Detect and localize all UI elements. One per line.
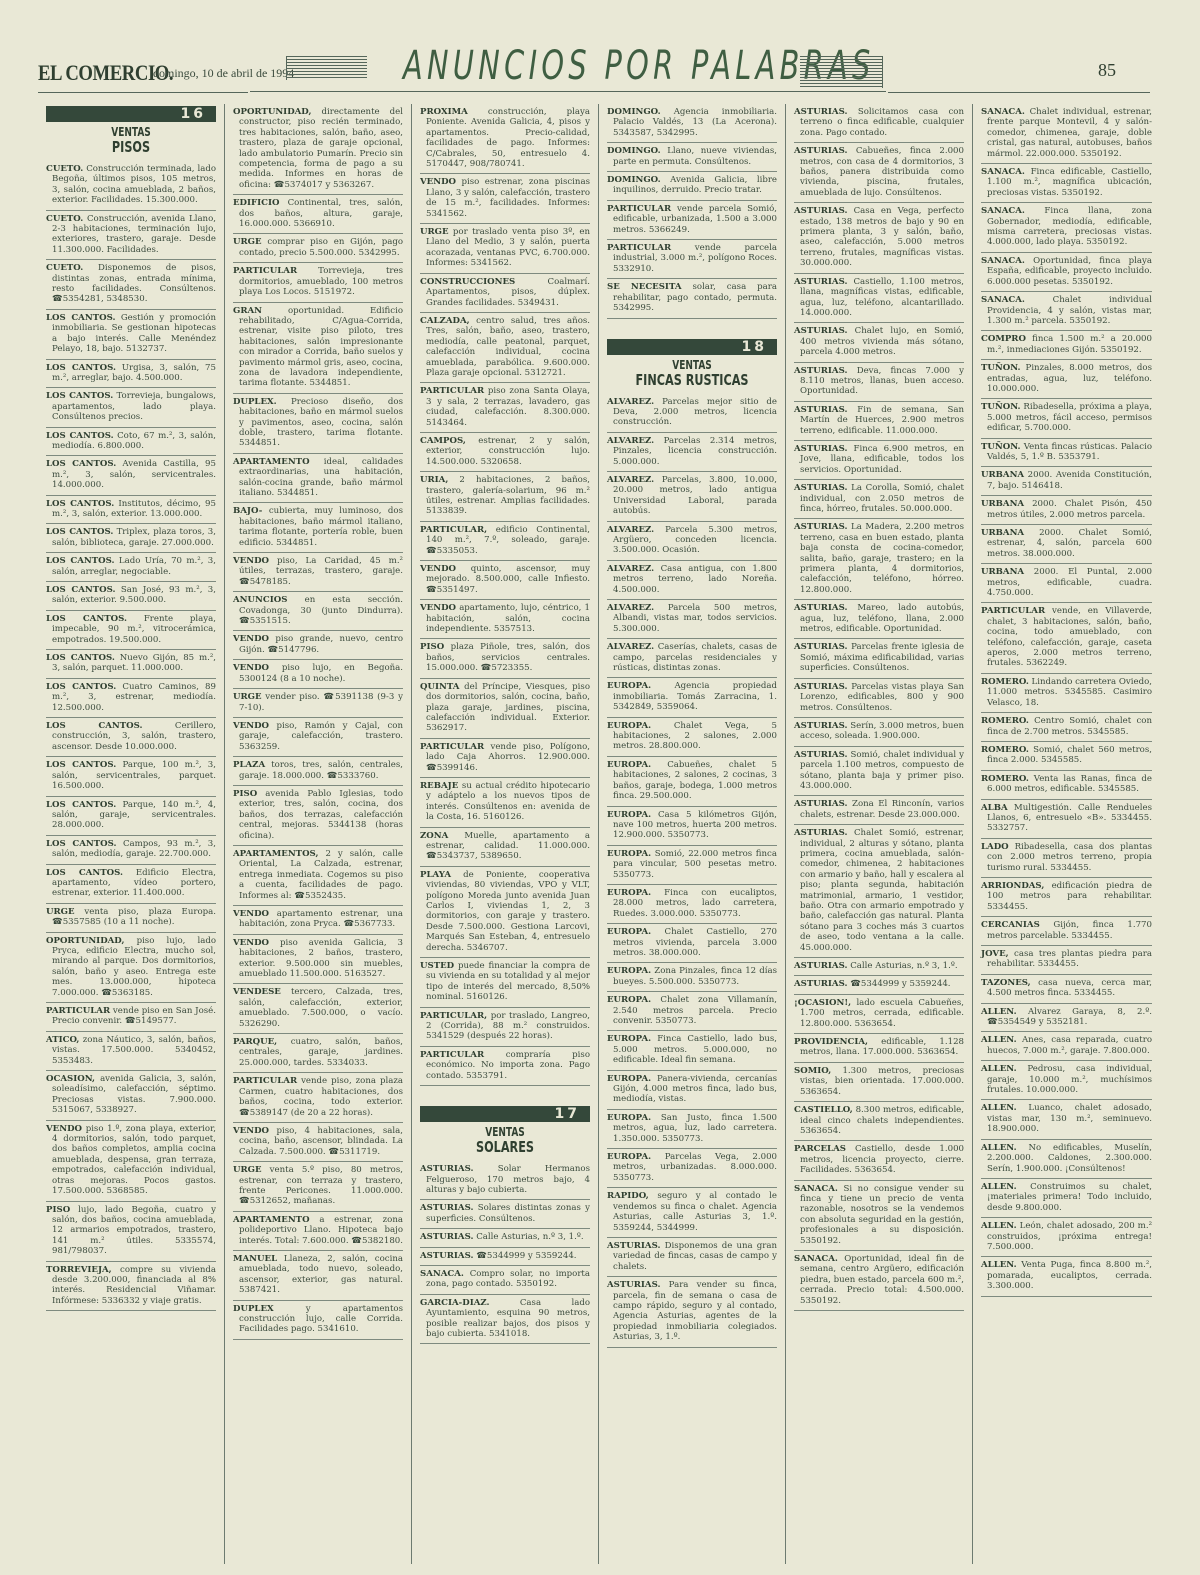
classified-ad: DOMINGO. Llano, nueve viviendas, parte e… xyxy=(607,143,777,172)
ad-keyword: DOMINGO. xyxy=(607,146,661,156)
ad-keyword: SE NECESITA xyxy=(607,282,682,292)
classified-ad: ASTURIAS. Chalet Somió, estrenar, indivi… xyxy=(794,825,964,958)
classified-ad: ROMERO. Centro Somió, chalet con finca d… xyxy=(981,713,1152,742)
classified-ad: EUROPA. Panera-vivienda, cercanías Gijón… xyxy=(607,1071,777,1110)
page-header: EL COMERCIO. domingo, 10 de abril de 199… xyxy=(38,40,1158,100)
classified-ad: PARTICULAR vende parcela Somió, edificab… xyxy=(607,201,777,240)
classified-ad: TUÑON. Venta fincas rústicas. Palacio Va… xyxy=(981,439,1152,468)
ad-keyword: ASTURIAS. xyxy=(420,1232,473,1242)
column-6: SANACA. Chalet individual, estrenar, fre… xyxy=(973,104,1160,1564)
ad-keyword: ASTURIAS. xyxy=(794,828,847,838)
classified-ad: EUROPA. Chalet Vega, 5 habitaciones, 2 s… xyxy=(607,718,777,757)
classified-ad: LOS CANTOS. Avenida Castilla, 95 m.², 3,… xyxy=(46,456,216,495)
classified-ad: ASTURIAS. Casa en Vega, perfecto estado,… xyxy=(794,203,964,273)
classified-ad: ASTURIAS. Calle Asturias, n.º 3, 1.º. xyxy=(794,958,964,976)
classified-ad: LOS CANTOS. San José, 93 m.², 3, salón, … xyxy=(46,582,216,611)
ad-keyword: LADO xyxy=(981,842,1009,852)
ad-keyword: URGE xyxy=(46,907,75,917)
classified-ad: PROVIDENCIA, edificable, 1.128 metros, l… xyxy=(794,1034,964,1063)
ad-keyword: ASTURIAS. xyxy=(420,1251,473,1261)
classified-ad: PISO lujo, lado Begoña, cuatro y salón, … xyxy=(46,1202,216,1262)
ad-keyword: ASTURIAS. xyxy=(794,107,847,117)
classified-ad: ASTURIAS. Chalet lujo, en Somió, 400 met… xyxy=(794,323,964,362)
classified-ad: SANACA. Compro solar, no importa zona, p… xyxy=(420,1266,590,1295)
ad-keyword: PARTICULAR, xyxy=(420,1011,487,1021)
classified-ad: SANACA. Finca llana, zona Gobernador, me… xyxy=(981,203,1152,253)
classified-ad: ATICO, zona Náutico, 3, salón, baños, vi… xyxy=(46,1032,216,1071)
ad-keyword: ASTURIAS. xyxy=(794,206,847,216)
classified-ad: EUROPA. Somió, 22.000 metros finca para … xyxy=(607,846,777,885)
classified-ad: ASTURIAS. Calle Asturias, n.º 3, 1.º. xyxy=(420,1229,590,1247)
classified-ad: TUÑON. Pinzales, 8.000 metros, dos entra… xyxy=(981,360,1152,399)
divider xyxy=(888,92,1150,93)
column-4: DOMINGO. Agencia inmobiliaria. Palacio V… xyxy=(599,104,786,1564)
ad-keyword: VENDO xyxy=(420,564,456,574)
ad-keyword: SOMIO, xyxy=(794,1066,831,1076)
ad-text: Muelle, apartamento a estrenar, calidad.… xyxy=(426,831,590,862)
section-number: 18 xyxy=(742,339,767,355)
ad-keyword: USTED xyxy=(420,961,454,971)
ad-keyword: ASTURIAS. xyxy=(794,721,847,731)
ad-keyword: ASTURIAS. xyxy=(607,1280,660,1290)
classified-ad: GRAN oportunidad. Edificio rehabilitado,… xyxy=(233,303,403,394)
ad-keyword: COMPRO xyxy=(981,334,1026,344)
classified-ad: URGE por traslado venta piso 3º, en Llan… xyxy=(420,224,590,274)
ad-text: 2 habitaciones, 2 baños, trastero, galer… xyxy=(426,475,590,516)
classified-ad: LOS CANTOS. Lado Uría, 70 m.², 3, salón,… xyxy=(46,553,216,582)
ad-keyword: EUROPA. xyxy=(607,721,651,731)
classified-ad: ALVAREZ. Caserías, chalets, casas de cam… xyxy=(607,639,777,678)
ad-keyword: LOS CANTOS. xyxy=(46,391,113,401)
ad-keyword: ALVAREZ. xyxy=(607,475,654,485)
classified-ad: LOS CANTOS. Torrevieja, bungalows, apart… xyxy=(46,388,216,427)
classified-ad: USTED puede financiar la compra de su vi… xyxy=(420,958,590,1008)
classified-ad: URGE vender piso. ☎5391138 (9-3 y 7-10). xyxy=(233,689,403,718)
classified-ad: ASTURIAS. Finca 6.900 metros, en Jove, l… xyxy=(794,441,964,480)
classified-ad: LADO Ribadesella, casa dos plantas con 2… xyxy=(981,839,1152,878)
classified-ad: OPORTUNIDAD, piso lujo, lado Pryca, edif… xyxy=(46,933,216,1003)
classified-ad: REBAJE su actual crédito hipotecario y a… xyxy=(420,778,590,828)
classified-ad: VENDO piso lujo, en Begoña. 5300124 (8 a… xyxy=(233,660,403,689)
ad-text: venta piso, plaza Europa. ☎5357585 (10 a… xyxy=(52,907,216,927)
ad-list: PROXIMA construcción, playa Poniente. Av… xyxy=(420,104,590,1086)
classified-ad: URBANA 2000. Chalet Somió, estrenar, 4, … xyxy=(981,525,1152,564)
ad-keyword: EUROPA. xyxy=(607,927,651,937)
ad-text: Calle Asturias, n.º 3, 1.º. xyxy=(476,1232,583,1242)
ad-keyword: VENDO xyxy=(233,909,269,919)
classified-ad: ROMERO. Lindando carretera Oviedo, 11.00… xyxy=(981,674,1152,713)
ad-keyword: VENDO xyxy=(233,556,269,566)
ad-keyword: VENDO xyxy=(233,663,269,673)
ad-keyword: SANACA. xyxy=(794,1254,838,1264)
ad-keyword: LOS CANTOS. xyxy=(46,868,123,878)
classified-ad: PARTICULAR, edificio Continental, 140 m.… xyxy=(420,522,590,561)
ad-keyword: ALLEN. xyxy=(981,1007,1017,1017)
ad-keyword: ASTURIAS. xyxy=(420,1164,473,1174)
classified-ad: ASTURIAS. ☎5344999 y 5359244. xyxy=(420,1248,590,1266)
classified-ad: JOVE, casa tres plantas piedra para reha… xyxy=(981,946,1152,975)
ad-keyword: VENDESE xyxy=(233,987,281,997)
ad-text: casa tres plantas piedra para rehabilita… xyxy=(987,949,1152,969)
ad-keyword: MANUEL xyxy=(233,1254,277,1264)
classified-ad: CERCANIAS Gijón, finca 1.770 metros parc… xyxy=(981,917,1152,946)
classified-ad: EUROPA. Chalet zona Villamanín, 2.540 me… xyxy=(607,992,777,1031)
classified-ad: ASTURIAS. Zona El Rinconín, varios chale… xyxy=(794,796,964,825)
classified-ad: PARTICULAR, por traslado, Langreo, 2 (Co… xyxy=(420,1008,590,1047)
classified-ad: PARCELAS Castiello, desde 1.000 metros, … xyxy=(794,1141,964,1180)
classified-ad: ALLEN. Construimos su chalet, ¡materiale… xyxy=(981,1179,1152,1218)
section-heading: VENTAS SOLARES xyxy=(441,1126,569,1155)
classified-ad: DUPLEX. Precioso diseño, dos habitacione… xyxy=(233,394,403,454)
classified-ad: QUINTA del Príncipe, Viesques, piso dos … xyxy=(420,679,590,739)
ad-keyword: DOMINGO. xyxy=(607,107,661,117)
classified-ad: ALBA Multigestión. Calle Rendueles Llano… xyxy=(981,800,1152,839)
ad-keyword: PLAZA xyxy=(233,760,265,770)
ad-keyword: ASTURIAS. xyxy=(794,326,847,336)
classified-ad: ASTURIAS. Solicitamos casa con terreno o… xyxy=(794,104,964,143)
ad-keyword: SANACA. xyxy=(420,1269,464,1279)
classified-ad: SANACA. Chalet individual, estrenar, fre… xyxy=(981,104,1152,164)
ad-keyword: ASTURIAS. xyxy=(794,979,847,989)
classified-ad: VENDO piso, La Caridad, 45 m.² útiles, t… xyxy=(233,553,403,592)
ad-keyword: LOS CANTOS. xyxy=(46,614,127,624)
classified-ad: CUETO. Construcción terminada, lado Bego… xyxy=(46,161,216,211)
classified-ad: ALVAREZ. Parcelas mejor sitio de Deva, 2… xyxy=(607,394,777,433)
ad-keyword: TUÑON. xyxy=(981,402,1021,412)
ad-text: centro salud, tres años. Tres, salón, ba… xyxy=(426,316,590,378)
ad-keyword: PARTICULAR xyxy=(420,386,484,396)
classifieds-columns: 16 VENTAS PISOS CUETO. Construcción term… xyxy=(38,104,1162,1564)
divider xyxy=(38,92,248,93)
classified-ad: ROMERO. Venta las Ranas, finca de 6.000 … xyxy=(981,771,1152,800)
ad-keyword: OCASION, xyxy=(46,1074,95,1084)
column-5: ASTURIAS. Solicitamos casa con terreno o… xyxy=(786,104,973,1564)
ad-keyword: REBAJE xyxy=(420,781,458,791)
classified-ad: ASTURIAS. Solar Hermanos Felgueroso, 170… xyxy=(420,1161,590,1200)
ad-keyword: ZONA xyxy=(420,831,448,841)
ad-list: DOMINGO. Agencia inmobiliaria. Palacio V… xyxy=(607,104,777,319)
classified-ad: APARTAMENTOS, 2 y salón, calle Oriental,… xyxy=(233,846,403,906)
ad-keyword: ¡OCASION!, xyxy=(794,998,851,1008)
ad-keyword: ASTURIAS. xyxy=(794,366,847,376)
section-heading: VENTAS PISOS xyxy=(67,126,195,155)
ad-keyword: PARTICULAR xyxy=(420,1050,484,1060)
ad-keyword: PROXIMA xyxy=(420,107,468,117)
ad-keyword: ASTURIAS. xyxy=(794,961,847,971)
ad-keyword: CERCANIAS xyxy=(981,920,1040,930)
classified-ad: EUROPA. Cabueñes, chalet 5 habitaciones,… xyxy=(607,757,777,807)
ad-keyword: TUÑON. xyxy=(981,363,1021,373)
ad-keyword: CAMPOS, xyxy=(420,436,466,446)
ad-keyword: ALVAREZ. xyxy=(607,525,654,535)
classified-ad: ASTURIAS. Deva, fincas 7.000 y 8.110 met… xyxy=(794,363,964,402)
ad-keyword: ROMERO. xyxy=(981,716,1029,726)
classified-ad: ROMERO. Somió, chalet 560 metros, finca … xyxy=(981,742,1152,771)
classified-ad: ALVAREZ. Parcela 5.300 metros, Argüero, … xyxy=(607,522,777,561)
classified-ad: LOS CANTOS. Coto, 67 m.², 3, salón, medi… xyxy=(46,428,216,457)
ad-keyword: ANUNCIOS xyxy=(233,595,287,605)
ad-keyword: PARCELAS xyxy=(794,1144,846,1154)
classified-ad: CAMPOS, estrenar, 2 y salón, exterior, c… xyxy=(420,433,590,472)
ad-keyword: LOS CANTOS. xyxy=(46,839,117,849)
classified-ad: ASTURIAS. La Madera, 2.200 metros terren… xyxy=(794,519,964,600)
ad-text: piso 1.º, zona playa, exterior, 4 dormit… xyxy=(52,1124,216,1196)
classified-ad: ALLEN. Anes, casa reparada, cuatro hueco… xyxy=(981,1032,1152,1061)
classified-ad: PARQUE, cuatro, salón, baños, centrales,… xyxy=(233,1034,403,1073)
classified-ad: SOMIO, 1.300 metros, preciosas vistas, b… xyxy=(794,1063,964,1102)
ad-text: lujo, lado Begoña, cuatro y salón, dos b… xyxy=(52,1205,216,1257)
ad-keyword: LOS CANTOS. xyxy=(46,682,116,692)
ad-keyword: DOMINGO. xyxy=(607,175,661,185)
ad-keyword: SANACA. xyxy=(981,295,1025,305)
classified-ad: PARTICULAR vende, en Villaverde, chalet,… xyxy=(981,603,1152,673)
classified-ad: ALLEN. Luanco, chalet adosado, vistas ma… xyxy=(981,1100,1152,1139)
classified-ad: ASTURIAS. ☎5344999 y 5359244. xyxy=(794,976,964,994)
classified-ad: ALVAREZ. Casa antigua, con 1.800 metros … xyxy=(607,561,777,600)
classified-ad: LOS CANTOS. Gestión y promoción inmobili… xyxy=(46,310,216,360)
ad-keyword: LOS CANTOS. xyxy=(46,800,116,810)
ad-keyword: LOS CANTOS. xyxy=(46,585,116,595)
ad-keyword: EDIFICIO xyxy=(233,198,280,208)
classified-ad: ALLEN. Pedrosu, casa individual, garaje,… xyxy=(981,1061,1152,1100)
classified-ad: SANACA. Si no consigue vender su finca y… xyxy=(794,1181,964,1251)
classified-ad: EDIFICIO Continental, tres, salón, dos b… xyxy=(233,195,403,234)
classified-ad: ASTURIAS. Cabueñes, finca 2.000 metros, … xyxy=(794,143,964,203)
ad-keyword: ALVAREZ. xyxy=(607,603,654,613)
classified-ad: ALVAREZ. Parcelas 2.314 metros, Pinzales… xyxy=(607,433,777,472)
ad-keyword: URBANA xyxy=(981,499,1024,509)
ad-keyword: ROMERO. xyxy=(981,677,1029,687)
ad-keyword: URBANA xyxy=(981,470,1024,480)
ad-keyword: LOS CANTOS. xyxy=(46,363,116,373)
classified-ad: VENDO apartamento, lujo, céntrico, 1 hab… xyxy=(420,600,590,639)
classified-ad: URBANA 2000. El Puntal, 2.000 metros, ed… xyxy=(981,564,1152,603)
classified-ad: EUROPA. Parcelas Vega, 2.000 metros, urb… xyxy=(607,1149,777,1188)
ad-keyword: VENDO xyxy=(233,721,269,731)
classified-ad: TAZONES, casa nueva, cerca mar, 4.500 me… xyxy=(981,975,1152,1004)
ad-keyword: SANACA. xyxy=(794,1184,838,1194)
ad-text: ☎5344999 y 5359244. xyxy=(850,979,950,989)
classified-ad: APARTAMENTO ideal, calidades extraordina… xyxy=(233,454,403,504)
ad-keyword: ASTURIAS. xyxy=(794,642,847,652)
classified-ad: EUROPA. Chalet Castiello, 270 metros viv… xyxy=(607,924,777,963)
classified-ad: PISO plaza Piñole, tres, salón, dos baño… xyxy=(420,639,590,678)
classified-ad: PISO avenida Pablo Iglesias, todo exteri… xyxy=(233,786,403,846)
ad-keyword: ALLEN. xyxy=(981,1221,1017,1231)
classified-ad: EUROPA. San Justo, finca 1.500 metros, a… xyxy=(607,1110,777,1149)
ad-keyword: VENDO xyxy=(420,603,456,613)
ad-keyword: OPORTUNIDAD, xyxy=(46,936,124,946)
ad-keyword: GRAN xyxy=(233,306,262,316)
classified-ad: VENDO piso estrenar, zona piscinas Llano… xyxy=(420,174,590,224)
ad-list: ASTURIAS. Solicitamos casa con terreno o… xyxy=(794,104,964,1311)
ad-text: Multigestión. Calle Rendueles Llanos, 6,… xyxy=(987,803,1152,834)
ad-text: Ribadesella, casa dos plantas con 2.000 … xyxy=(987,842,1152,873)
ad-keyword: CASTIELLO, xyxy=(794,1105,853,1115)
ad-keyword: ALLEN. xyxy=(981,1182,1017,1192)
ad-keyword: APARTAMENTO xyxy=(233,457,310,467)
classified-ad: LOS CANTOS. Campos, 93 m.², 3, salón, me… xyxy=(46,836,216,865)
ad-keyword: PROVIDENCIA, xyxy=(794,1037,868,1047)
ad-keyword: LOS CANTOS. xyxy=(46,313,115,323)
classified-ad: OCASION, avenida Galicia, 3, salón, sole… xyxy=(46,1071,216,1121)
classified-ad: CUETO. Construcción, avenida Llano, 2-3 … xyxy=(46,211,216,261)
ad-text: plaza Piñole, tres, salón, dos baños, se… xyxy=(426,642,590,673)
ad-keyword: ASTURIAS. xyxy=(794,483,847,493)
classified-ad: LOS CANTOS. Triplex, plaza toros, 3, sal… xyxy=(46,524,216,553)
ad-keyword: PARQUE, xyxy=(233,1037,277,1047)
ad-keyword: SANACA. xyxy=(981,206,1025,216)
section-heading: VENTAS FINCAS RUSTICAS xyxy=(628,359,756,388)
classified-ad: URGE venta piso, plaza Europa. ☎5357585 … xyxy=(46,904,216,933)
ad-keyword: ASTURIAS. xyxy=(607,1241,660,1251)
classified-ad: SANACA. Oportunidad, ideal fin de semana… xyxy=(794,1251,964,1311)
ad-keyword: PISO xyxy=(46,1205,70,1215)
section-number: 16 xyxy=(181,106,206,122)
ad-keyword: ASTURIAS. xyxy=(794,799,847,809)
classified-ad: VENDO piso 1.º, zona playa, exterior, 4 … xyxy=(46,1121,216,1202)
ad-keyword: ASTURIAS. xyxy=(794,522,847,532)
ad-keyword: ALVAREZ. xyxy=(607,564,654,574)
ad-keyword: ROMERO. xyxy=(981,774,1029,784)
classified-ad: LOS CANTOS. Parque, 140 m.², 4, salón, g… xyxy=(46,797,216,836)
ad-text: Calle Asturias, n.º 3, 1.º. xyxy=(850,961,957,971)
ad-keyword: PISO xyxy=(233,789,257,799)
classified-ad: EUROPA. Zona Pinzales, finca 12 días bue… xyxy=(607,963,777,992)
classified-ad: ASTURIAS. La Corolla, Somió, chalet indi… xyxy=(794,480,964,519)
classified-ad: LOS CANTOS. Urgisa, 3, salón, 75 m.², ar… xyxy=(46,360,216,389)
ad-keyword: URGE xyxy=(420,227,449,237)
classified-ad: ALLEN. No edificables, Muselín, 2.200.00… xyxy=(981,1140,1152,1179)
classified-ad: ASTURIAS. Fin de semana, San Martín de H… xyxy=(794,402,964,441)
classified-ad: EUROPA. Casa 5 kilómetros Gijón, nave 10… xyxy=(607,807,777,846)
ad-keyword: LOS CANTOS. xyxy=(46,431,114,441)
ad-text: directamente del constructor, piso recié… xyxy=(239,107,403,190)
classified-ad: VENDO piso grande, nuevo, centro Gijón. … xyxy=(233,631,403,660)
classified-ad: CALZADA, centro salud, tres años. Tres, … xyxy=(420,313,590,383)
column-2: OPORTUNIDAD, directamente del constructo… xyxy=(225,104,412,1564)
classified-ad: EUROPA. Finca con eucaliptos, 28.000 met… xyxy=(607,885,777,924)
ad-keyword: ASTURIAS. xyxy=(794,277,847,287)
ad-keyword: RAPIDO, xyxy=(607,1191,649,1201)
decorative-lines xyxy=(286,56,367,80)
classified-ad: ZONA Muelle, apartamento a estrenar, cal… xyxy=(420,828,590,867)
classified-ad: RAPIDO, seguro y al contado le vendemos … xyxy=(607,1188,777,1238)
ad-keyword: APARTAMENTO xyxy=(233,1215,310,1225)
ad-keyword: LOS CANTOS. xyxy=(46,721,143,731)
ad-keyword: SANACA. xyxy=(981,167,1025,177)
ad-keyword: EUROPA. xyxy=(607,966,651,976)
ad-keyword: ALVAREZ. xyxy=(607,397,654,407)
ad-keyword: EUROPA. xyxy=(607,1152,651,1162)
ad-keyword: VENDO xyxy=(233,634,269,644)
ad-keyword: ALLEN. xyxy=(981,1143,1017,1153)
classified-ad: ASTURIAS. Castiello, 1.100 metros, llana… xyxy=(794,274,964,324)
classified-ad: PLAYA de Poniente, cooperativa viviendas… xyxy=(420,867,590,958)
ad-keyword: PLAYA xyxy=(420,870,451,880)
ad-keyword: CONSTRUCCIONES xyxy=(420,277,515,287)
classified-ad: VENDO quinto, ascensor, muy mejorado. 8.… xyxy=(420,561,590,600)
ad-keyword: VENDO xyxy=(233,1126,269,1136)
classified-ad: VENDO piso avenida Galicia, 3 habitacion… xyxy=(233,935,403,985)
column-1: 16 VENTAS PISOS CUETO. Construcción term… xyxy=(38,104,225,1564)
classified-ad: LOS CANTOS. Cuatro Caminos, 89 m.², 3, e… xyxy=(46,679,216,718)
classified-ad: PARTICULAR piso zona Santa Olaya, 3 y sa… xyxy=(420,383,590,433)
ad-keyword: VENDO xyxy=(420,177,456,187)
ad-keyword: PARTICULAR xyxy=(233,266,297,276)
classified-ad: TUÑON. Ribadesella, próxima a playa, 5.0… xyxy=(981,399,1152,438)
classified-ad: PARTICULAR compraría piso económico. No … xyxy=(420,1047,590,1086)
classified-ad: ASTURIAS. Somió, chalet individual y par… xyxy=(794,747,964,797)
ad-list: CUETO. Construcción terminada, lado Bego… xyxy=(46,161,216,1311)
ad-text: de Poniente, cooperativa viviendas, 80 v… xyxy=(426,870,590,953)
ad-keyword: TORREVIEJA, xyxy=(46,1265,112,1275)
ad-keyword: PARTICULAR xyxy=(607,243,671,253)
ad-keyword: EUROPA. xyxy=(607,888,651,898)
classified-ad: LOS CANTOS. Nuevo Gijón, 85 m.², 3, saló… xyxy=(46,650,216,679)
classified-ad: ALLEN. Alvarez Garaya, 8, 2.º. ☎5354549 … xyxy=(981,1004,1152,1033)
ad-list: SANACA. Chalet individual, estrenar, fre… xyxy=(981,104,1152,1297)
ad-text: vender piso. ☎5391138 (9-3 y 7-10). xyxy=(239,692,403,712)
ad-text: La Madera, 2.200 metros terreno, casa en… xyxy=(800,522,964,594)
column-3: PROXIMA construcción, playa Poniente. Av… xyxy=(412,104,599,1564)
ad-list: OPORTUNIDAD, directamente del constructo… xyxy=(233,104,403,1340)
section-number: 17 xyxy=(555,1106,580,1122)
ad-keyword: APARTAMENTOS, xyxy=(233,849,318,859)
classified-ad: EUROPA. Agencia propiedad inmobiliaria. … xyxy=(607,678,777,717)
ad-keyword: EUROPA. xyxy=(607,810,651,820)
classified-ad: ALVAREZ. Parcela 500 metros, Albandi, vi… xyxy=(607,600,777,639)
ad-keyword: ASTURIAS. xyxy=(794,444,847,454)
ad-keyword: ASTURIAS. xyxy=(794,405,847,415)
classified-ad: DUPLEX y apartamentos construcción lujo,… xyxy=(233,1301,403,1340)
classified-ad: COMPRO finca 1.500 m.² a 20.000 m.², inm… xyxy=(981,331,1152,360)
classified-ad: ALLEN. Venta Puga, finca 8.800 m.², poma… xyxy=(981,1257,1152,1296)
classified-ad: PARTICULAR vende parcela industrial, 3.0… xyxy=(607,240,777,279)
classified-ad: ASTURIAS. Mareo, lado autobús, agua, luz… xyxy=(794,600,964,639)
ad-text: venta 5.º piso, 80 metros, estrenar, con… xyxy=(239,1165,403,1206)
ad-keyword: VENDO xyxy=(46,1124,82,1134)
ad-keyword: ALLEN. xyxy=(981,1103,1017,1113)
ad-keyword: ASTURIAS. xyxy=(794,750,847,760)
ad-keyword: SANACA. xyxy=(981,107,1025,117)
ad-keyword: EUROPA. xyxy=(607,1074,651,1084)
ad-keyword: EUROPA. xyxy=(607,681,651,691)
classified-ad: PARTICULAR Torrevieja, tres dormitorios,… xyxy=(233,263,403,302)
classified-ad: ALVAREZ. Parcelas, 3.800, 10.000, 20.000… xyxy=(607,472,777,522)
classified-ad: ASTURIAS. Para vender su finca, parcela,… xyxy=(607,1277,777,1347)
ad-text: ☎5344999 y 5359244. xyxy=(476,1251,576,1261)
classified-ad: CUETO. Disponemos de pisos, distintas zo… xyxy=(46,260,216,310)
ad-keyword: URGE xyxy=(233,692,262,702)
ad-text: Chalet Somió, estrenar, individual, 2 al… xyxy=(800,828,964,952)
ad-keyword: PARTICULAR xyxy=(607,204,671,214)
ad-keyword: CALZADA, xyxy=(420,316,470,326)
classified-ad: ASTURIAS. Disponemos de una gran varieda… xyxy=(607,1238,777,1277)
classified-ad: ARRIONDAS, edificación piedra de 100 met… xyxy=(981,878,1152,917)
ad-keyword: ALVAREZ. xyxy=(607,642,654,652)
ad-keyword: DUPLEX xyxy=(233,1304,274,1314)
ad-keyword: ALVAREZ. xyxy=(607,436,654,446)
ad-list: ASTURIAS. Solar Hermanos Felgueroso, 170… xyxy=(420,1161,590,1344)
classified-ad: ALLEN. León, chalet adosado, 200 m.² con… xyxy=(981,1218,1152,1257)
ad-keyword: CUETO. xyxy=(46,214,83,224)
ad-text: comprar piso en Gijón, pago contado, pre… xyxy=(239,237,403,257)
ad-keyword: URGE xyxy=(233,237,262,247)
ad-list: ALVAREZ. Parcelas mejor sitio de Deva, 2… xyxy=(607,394,777,1348)
classified-ad: BAJO- cubierta, muy luminoso, dos habita… xyxy=(233,503,403,553)
classified-ad: VENDO piso, Ramón y Cajal, con garaje, c… xyxy=(233,718,403,757)
